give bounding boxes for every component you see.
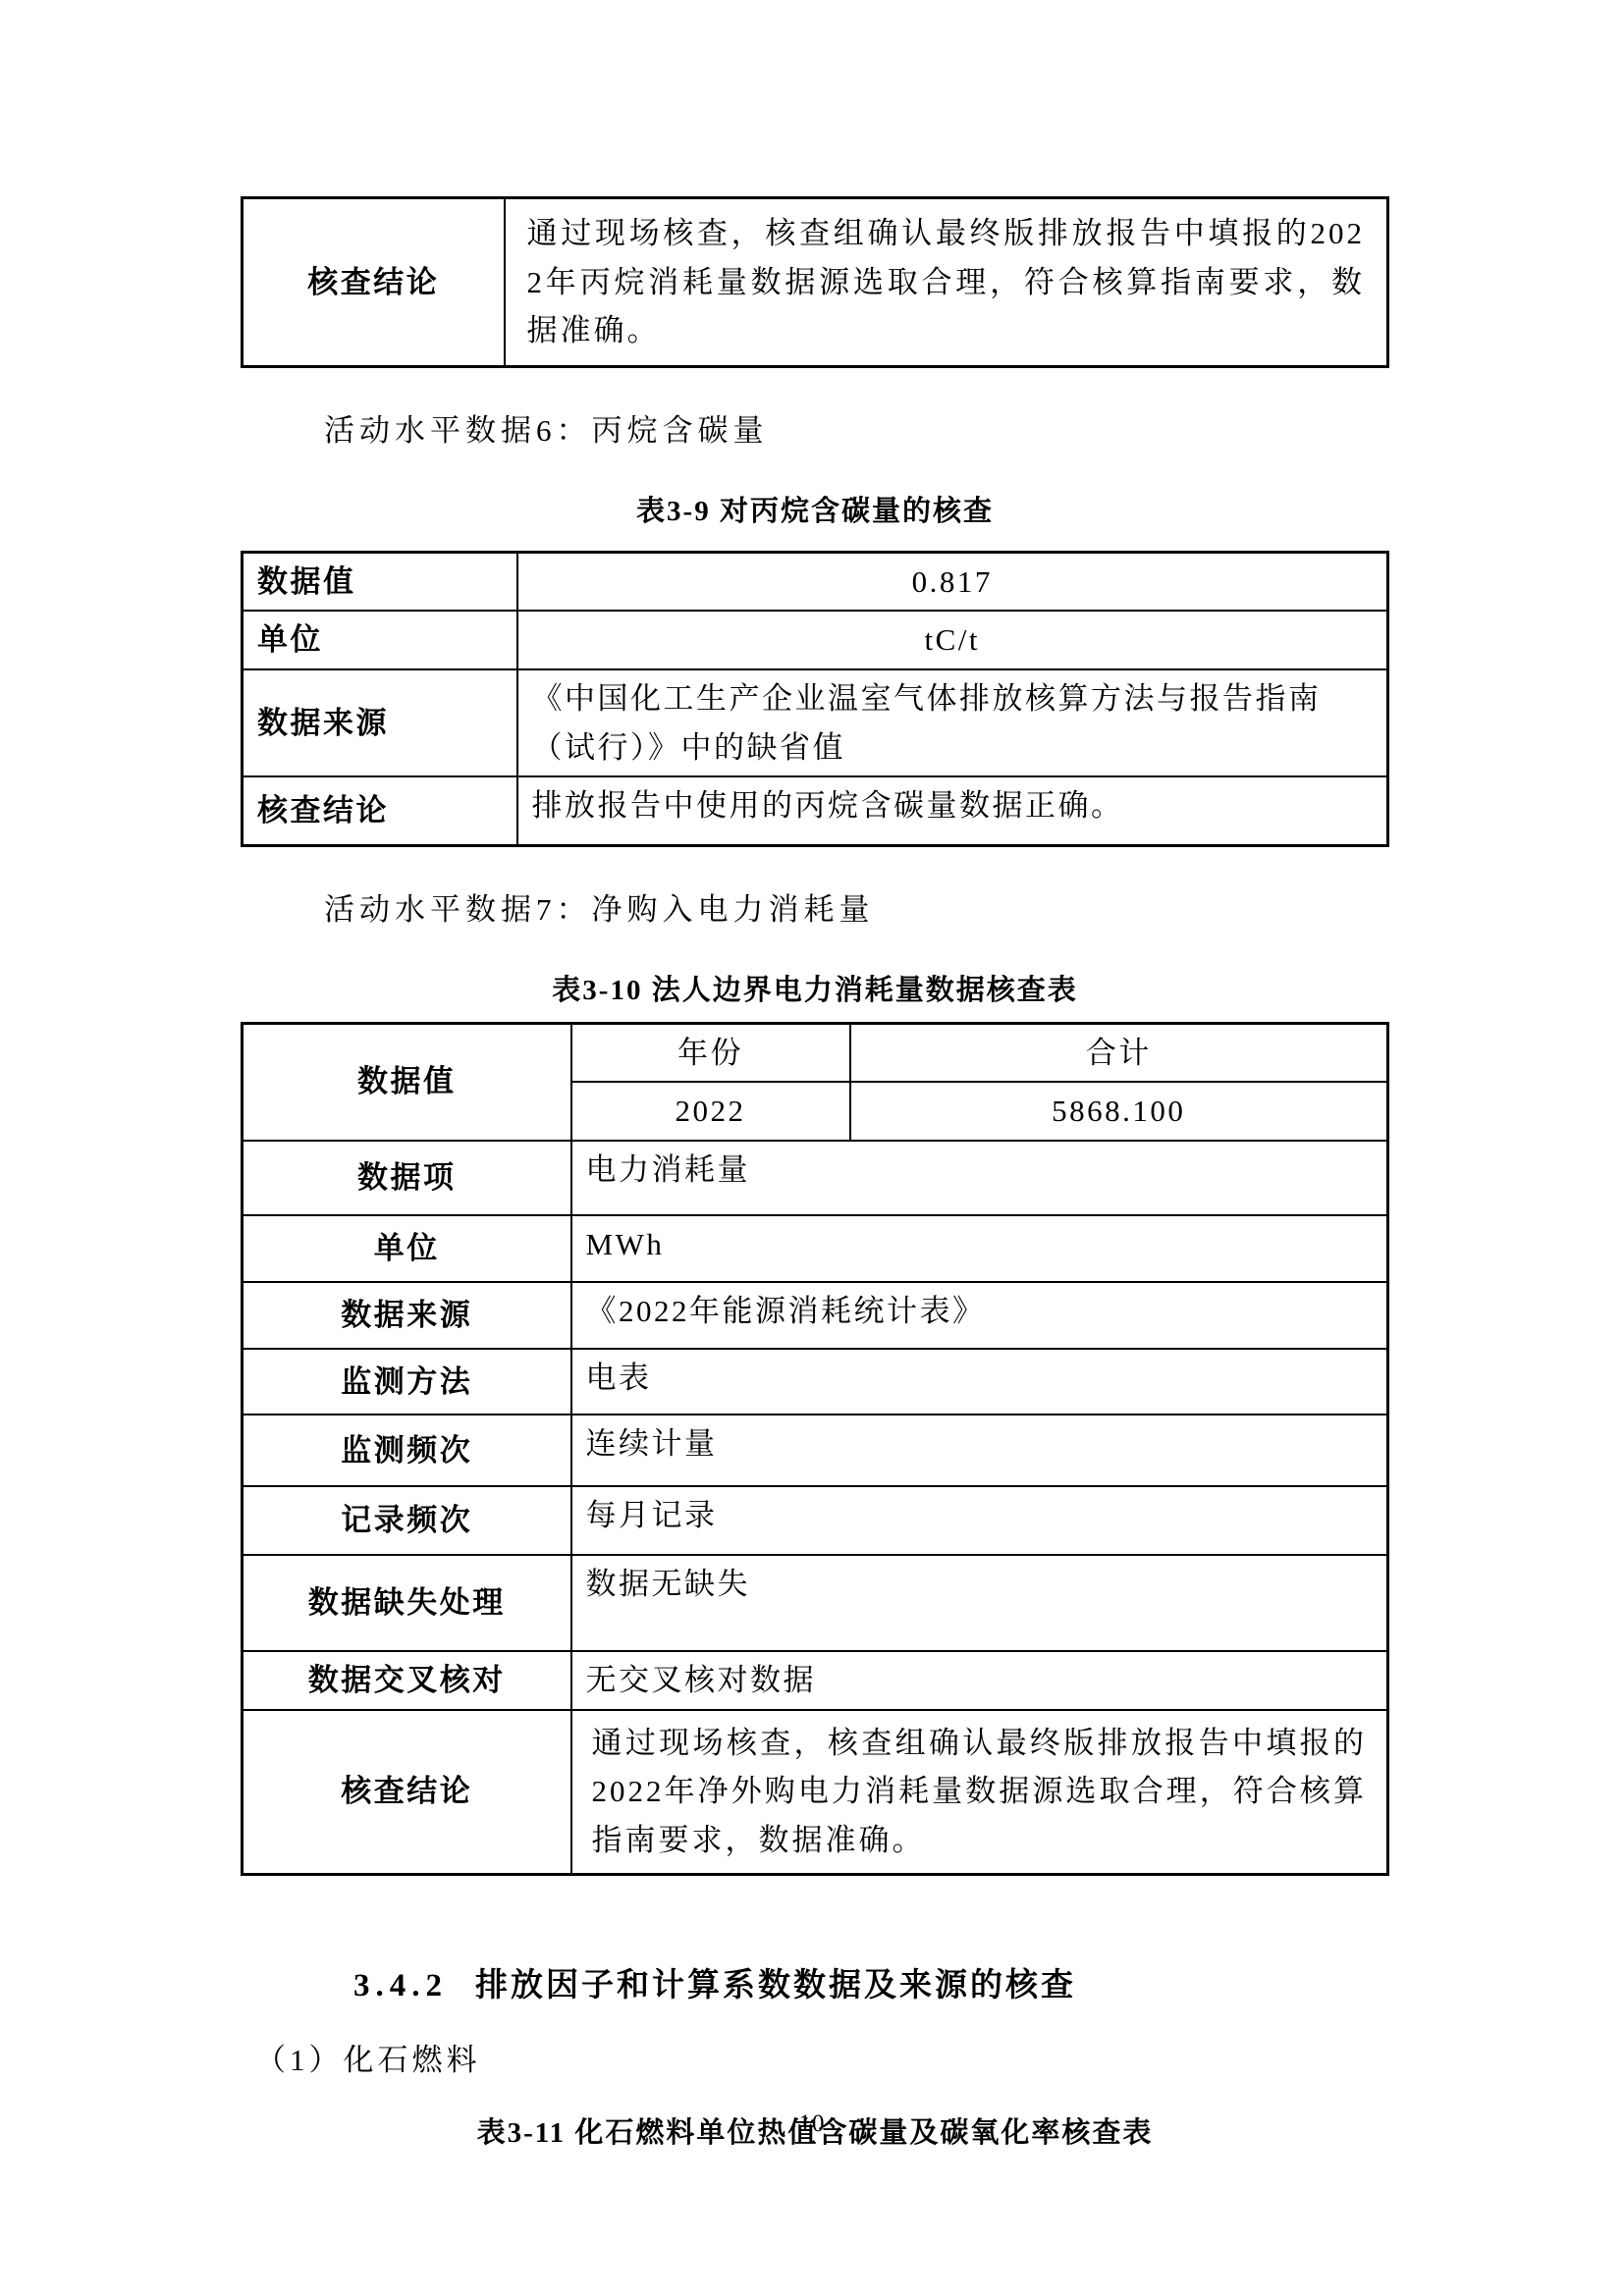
table-row: 监测方法 电表 <box>243 1349 1388 1415</box>
row-value: MWh <box>571 1215 1388 1282</box>
table-row: 数据交叉核对 无交叉核对数据 <box>243 1651 1388 1710</box>
section-3-4-2-heading: 3.4.2排放因子和计算系数数据及来源的核查 <box>353 1959 1389 2005</box>
row-label: 数据来源 <box>243 1282 571 1349</box>
row-value: 《中国化工生产企业温室气体排放核算方法与报告指南（试行）》中的缺省值 <box>517 669 1388 776</box>
row-value: 《2022年能源消耗统计表》 <box>571 1282 1388 1349</box>
row-label: 核查结论 <box>243 1710 571 1874</box>
table-row: 监测频次 连续计量 <box>243 1415 1388 1486</box>
row-label: 单位 <box>243 611 517 669</box>
row-value: 数据无缺失 <box>571 1555 1388 1651</box>
row-label: 数据值 <box>243 1023 571 1141</box>
table-row: 核查结论 排放报告中使用的丙烷含碳量数据正确。 <box>243 776 1388 845</box>
row-value: 连续计量 <box>571 1415 1388 1486</box>
table-row: 数据来源 《2022年能源消耗统计表》 <box>243 1282 1388 1349</box>
row-value: 每月记录 <box>571 1486 1388 1555</box>
activity-data-7-title: 活动水平数据7：净购入电力消耗量 <box>324 884 1389 929</box>
section-number: 3.4.2 <box>353 1968 448 2003</box>
year-header-cell: 年份 <box>571 1023 850 1082</box>
year-value-cell: 2022 <box>571 1082 850 1141</box>
page-number: 10 <box>0 2110 1624 2138</box>
table-3-9-caption: 表3-9 对丙烷含碳量的核查 <box>241 489 1389 529</box>
row-label: 数据值 <box>243 552 517 611</box>
table-row: 单位 MWh <box>243 1215 1388 1282</box>
table-3-10: 数据值 年份 合计 2022 5868.100 数据项 电力消耗量 单位 MWh… <box>241 1022 1389 1876</box>
item-1-fossil-fuel: （1）化石燃料 <box>255 2035 1389 2079</box>
row-value: tC/t <box>517 611 1388 669</box>
table-row: 数据项 电力消耗量 <box>243 1141 1388 1215</box>
row-label: 核查结论 <box>243 198 505 367</box>
row-label: 数据缺失处理 <box>243 1555 571 1651</box>
verification-conclusion-table: 核查结论 通过现场核查，核查组确认最终版排放报告中填报的2022年丙烷消耗量数据… <box>241 196 1389 368</box>
table-row: 记录频次 每月记录 <box>243 1486 1388 1555</box>
row-value: 排放报告中使用的丙烷含碳量数据正确。 <box>517 776 1388 845</box>
row-value: 0.817 <box>517 552 1388 611</box>
row-label: 监测频次 <box>243 1415 571 1486</box>
row-value: 通过现场核查，核查组确认最终版排放报告中填报的2022年净外购电力消耗量数据源选… <box>571 1710 1388 1874</box>
activity-data-6-title: 活动水平数据6：丙烷含碳量 <box>324 405 1389 450</box>
row-label: 数据交叉核对 <box>243 1651 571 1710</box>
table-row: 数据值 0.817 <box>243 552 1388 611</box>
row-label: 数据项 <box>243 1141 571 1215</box>
table-3-9: 数据值 0.817 单位 tC/t 数据来源 《中国化工生产企业温室气体排放核算… <box>241 551 1389 847</box>
table-row: 单位 tC/t <box>243 611 1388 669</box>
table-row: 数据缺失处理 数据无缺失 <box>243 1555 1388 1651</box>
row-value: 无交叉核对数据 <box>571 1651 1388 1710</box>
table-row: 数据值 年份 合计 <box>243 1023 1388 1082</box>
row-value: 电表 <box>571 1349 1388 1415</box>
table-3-10-caption: 表3-10 法人边界电力消耗量数据核查表 <box>241 968 1389 1008</box>
table-row: 数据来源 《中国化工生产企业温室气体排放核算方法与报告指南（试行）》中的缺省值 <box>243 669 1388 776</box>
total-value-cell: 5868.100 <box>850 1082 1388 1141</box>
row-label: 数据来源 <box>243 669 517 776</box>
total-header-cell: 合计 <box>850 1023 1388 1082</box>
row-label: 记录频次 <box>243 1486 571 1555</box>
row-label: 监测方法 <box>243 1349 571 1415</box>
row-label: 单位 <box>243 1215 571 1282</box>
table-row: 核查结论 通过现场核查，核查组确认最终版排放报告中填报的2022年丙烷消耗量数据… <box>243 198 1388 367</box>
row-value: 通过现场核查，核查组确认最终版排放报告中填报的2022年丙烷消耗量数据源选取合理… <box>505 198 1388 367</box>
document-page: 核查结论 通过现场核查，核查组确认最终版排放报告中填报的2022年丙烷消耗量数据… <box>241 0 1389 2151</box>
section-title: 排放因子和计算系数数据及来源的核查 <box>475 1968 1076 2003</box>
row-label: 核查结论 <box>243 776 517 845</box>
row-value: 电力消耗量 <box>571 1141 1388 1215</box>
table-row: 核查结论 通过现场核查，核查组确认最终版排放报告中填报的2022年净外购电力消耗… <box>243 1710 1388 1874</box>
